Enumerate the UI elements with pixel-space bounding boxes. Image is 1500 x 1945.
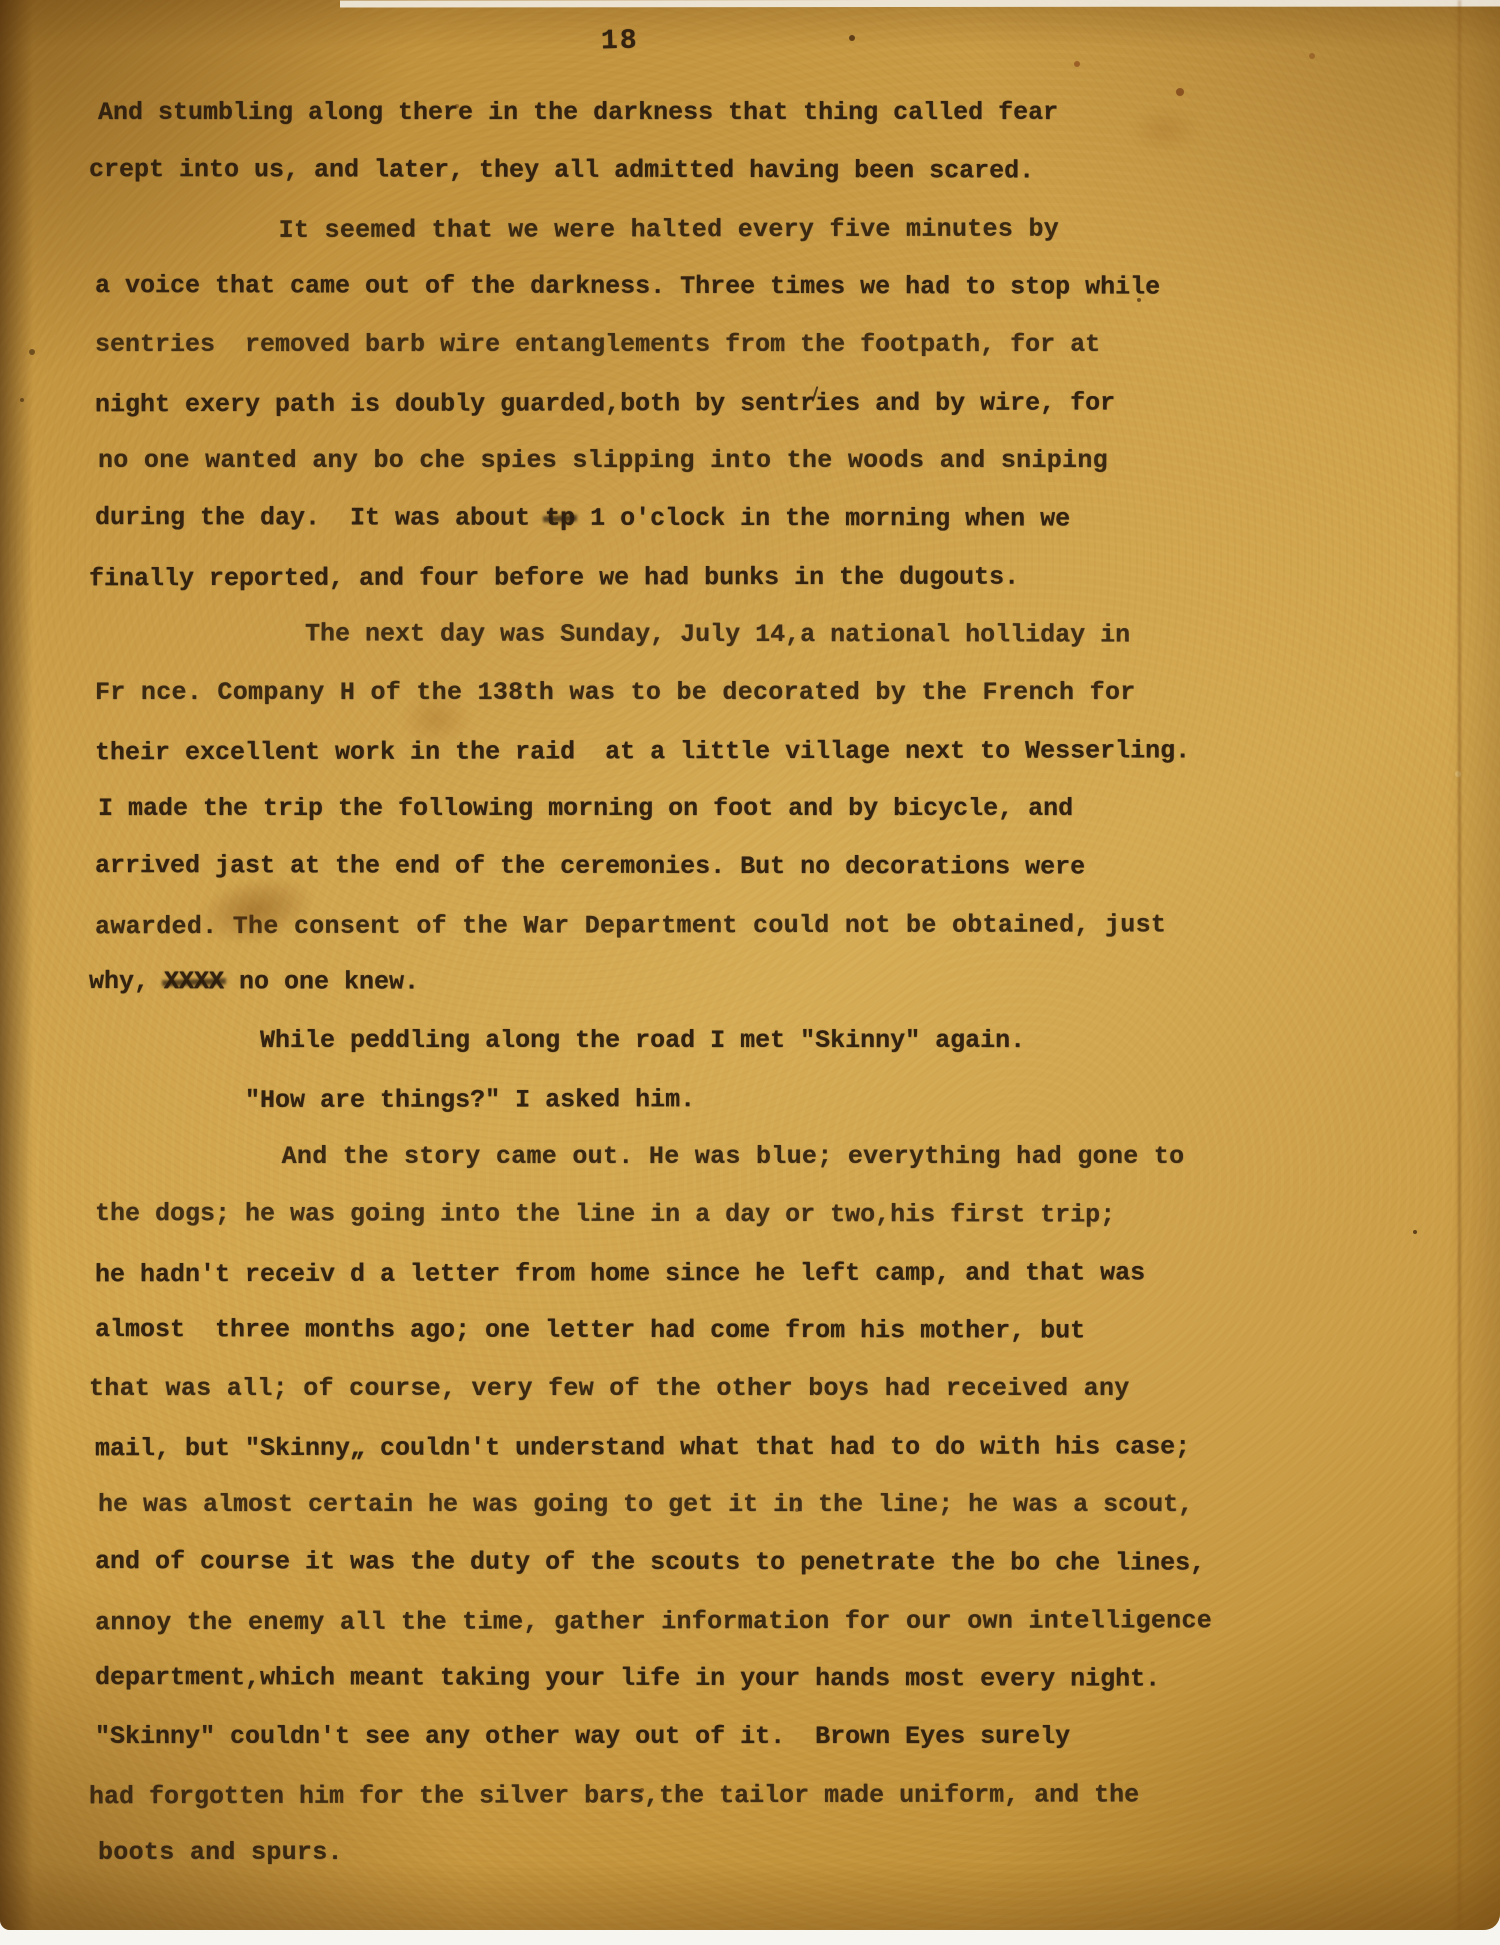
- typewritten-line: And the story came out. He was blue; eve…: [98, 1128, 1470, 1186]
- scan-edge-top: [340, 0, 1500, 8]
- typewritten-line: awarded. The consent of the War Departme…: [95, 896, 1470, 956]
- typewritten-line: almost three months ago; one letter had …: [95, 1301, 1470, 1361]
- overstruck-text: tp: [545, 504, 575, 533]
- typewritten-line: that was all; of course, very few of the…: [89, 1360, 1470, 1418]
- typewritten-line: I made the trip the following morning on…: [98, 780, 1470, 838]
- typewritten-line: arrived jast at the end of the ceremonie…: [95, 837, 1470, 897]
- typewritten-line: Fr nce. Company H of the 138th was to be…: [95, 664, 1470, 722]
- typewritten-line: night exery path is doubly guarded,both …: [95, 374, 1470, 434]
- typewritten-line: he was almost certain he was going to ge…: [98, 1476, 1470, 1534]
- typewritten-line: a voice that came out of the darkness. T…: [95, 257, 1470, 317]
- typewritten-line: their excellent work in the raid at a li…: [95, 722, 1470, 782]
- typewritten-line: crept into us, and later, they all admit…: [89, 141, 1470, 201]
- page-number: 18: [601, 26, 639, 58]
- typewritten-line: While peddling along the road I met "Ski…: [95, 1012, 1470, 1070]
- typewritten-line: during the day. It was about tp 1 o'cloc…: [95, 489, 1470, 549]
- typewritten-line: and of course it was the duty of the sco…: [95, 1533, 1470, 1593]
- typewritten-line: The next day was Sunday, July 14,a natio…: [95, 605, 1470, 665]
- typewritten-line: boots and spurs.: [98, 1824, 1470, 1882]
- typewritten-line: mail, but "Skinny„ couldn't understand w…: [95, 1418, 1470, 1478]
- typewritten-text-block: And stumbling along there in the darknes…: [95, 84, 1470, 1882]
- typewritten-line: why, XXXX no one knew.: [89, 953, 1470, 1013]
- typewritten-line: had forgotten him for the silver bars,th…: [89, 1766, 1470, 1826]
- typewritten-line: It seemed that we were halted every five…: [95, 200, 1470, 260]
- typewritten-line: department,which meant taking your life …: [95, 1649, 1470, 1709]
- overstruck-text: XXXX: [164, 967, 224, 996]
- typewritten-line: finally reported, and four before we had…: [89, 548, 1470, 608]
- typewritten-line: And stumbling along there in the darknes…: [98, 84, 1470, 142]
- paper-specks: [0, 0, 4, 4]
- typewritten-line: annoy the enemy all the time, gather inf…: [95, 1592, 1470, 1652]
- typewritten-line: the dogs; he was going into the line in …: [95, 1185, 1470, 1245]
- typewritten-line: he hadn't receiv d a letter from home si…: [95, 1244, 1470, 1304]
- typewritten-line: "How are things?" I asked him.: [95, 1070, 1470, 1130]
- document-page: 18 And stumbling along there in the dark…: [0, 0, 1500, 1930]
- typewritten-line: sentries removed barb wire entanglements…: [95, 316, 1470, 374]
- typewritten-line: no one wanted any bo che spies slipping …: [98, 432, 1470, 490]
- typewritten-line: "Skinny" couldn't see any other way out …: [95, 1708, 1470, 1766]
